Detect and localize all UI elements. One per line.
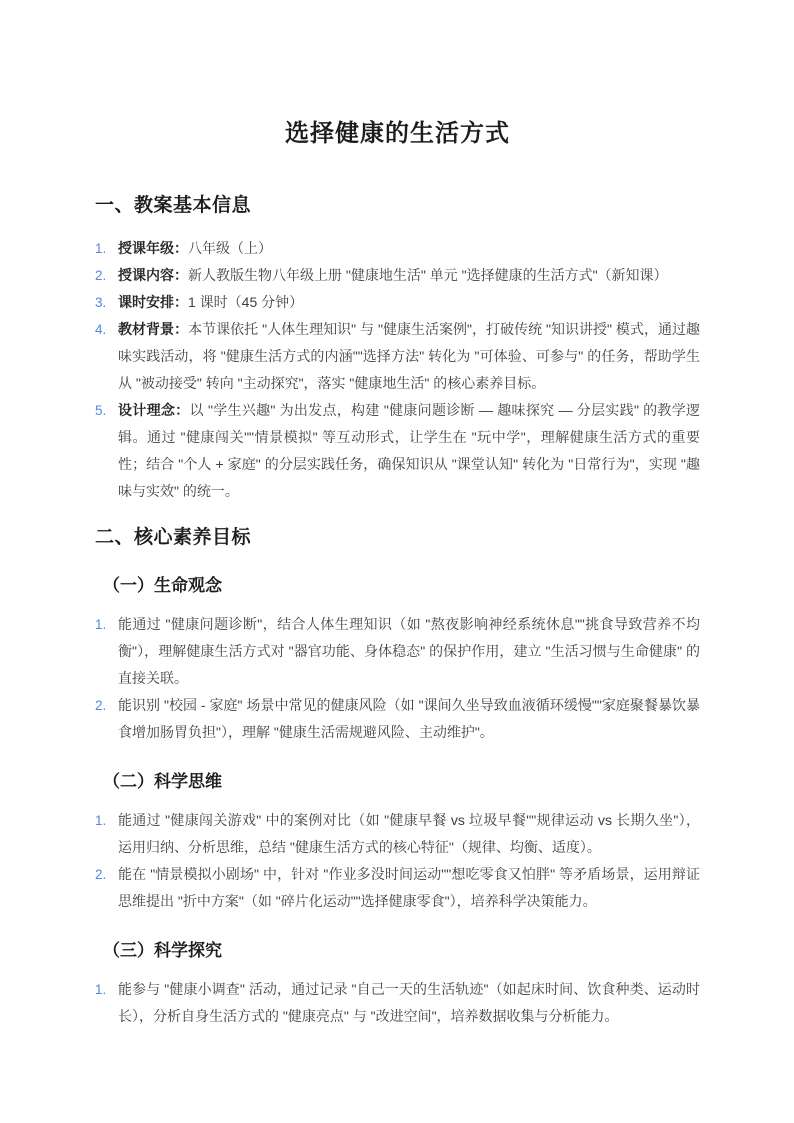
subsection-heading-scientific-thinking: （二）科学思维 bbox=[95, 770, 700, 794]
item-number: 2. bbox=[95, 861, 118, 888]
list-item: 1. 能参与 "健康小调查" 活动，通过记录 "自己一天的生活轨迹"（如起床时间… bbox=[95, 976, 700, 1030]
item-number: 3. bbox=[95, 289, 118, 316]
item-label: 授课年级： bbox=[118, 240, 188, 256]
list-item: 2. 授课内容：新人教版生物八年级上册 "健康地生活" 单元 "选择健康的生活方… bbox=[95, 262, 700, 289]
item-text: 1 课时（45 分钟） bbox=[188, 294, 303, 310]
item-number: 2. bbox=[95, 692, 118, 719]
item-number: 5. bbox=[95, 397, 118, 424]
item-number: 1. bbox=[95, 976, 118, 1003]
item-number: 2. bbox=[95, 262, 118, 289]
item-number: 1. bbox=[95, 611, 118, 638]
scientific-thinking-list: 1. 能通过 "健康闯关游戏" 中的案例对比（如 "健康早餐 vs 垃圾早餐""… bbox=[95, 807, 700, 915]
life-concepts-list: 1. 能通过 "健康问题诊断"，结合人体生理知识（如 "熬夜影响神经系统休息""… bbox=[95, 611, 700, 746]
item-text: 新人教版生物八年级上册 "健康地生活" 单元 "选择健康的生活方式"（新知课） bbox=[188, 267, 668, 283]
list-item: 1. 能通过 "健康问题诊断"，结合人体生理知识（如 "熬夜影响神经系统休息""… bbox=[95, 611, 700, 692]
subsection-heading-scientific-inquiry: （三）科学探究 bbox=[95, 939, 700, 963]
item-number: 1. bbox=[95, 235, 118, 262]
subsection-heading-life-concepts: （一）生命观念 bbox=[95, 574, 700, 598]
item-text: 能通过 "健康闯关游戏" 中的案例对比（如 "健康早餐 vs 垃圾早餐""规律运… bbox=[118, 807, 700, 861]
item-label: 授课内容： bbox=[118, 267, 188, 283]
list-item: 1. 能通过 "健康闯关游戏" 中的案例对比（如 "健康早餐 vs 垃圾早餐""… bbox=[95, 807, 700, 861]
item-text: 能在 "情景模拟小剧场" 中，针对 "作业多没时间运动""想吃零食又怕胖" 等矛… bbox=[118, 861, 700, 915]
item-number: 4. bbox=[95, 316, 118, 343]
scientific-inquiry-list: 1. 能参与 "健康小调查" 活动，通过记录 "自己一天的生活轨迹"（如起床时间… bbox=[95, 976, 700, 1030]
section-core-goals: 二、核心素养目标 （一）生命观念 1. 能通过 "健康问题诊断"，结合人体生理知… bbox=[95, 525, 700, 1030]
item-text: 能识别 "校园 - 家庭" 场景中常见的健康风险（如 "课间久坐导致血液循环缓慢… bbox=[118, 692, 700, 746]
list-item: 5. 设计理念：以 "学生兴趣" 为出发点，构建 "健康问题诊断 — 趣味探究 … bbox=[95, 397, 700, 505]
item-label: 教材背景： bbox=[118, 321, 188, 337]
list-item: 2. 能在 "情景模拟小剧场" 中，针对 "作业多没时间运动""想吃零食又怕胖"… bbox=[95, 861, 700, 915]
section2-heading: 二、核心素养目标 bbox=[95, 525, 700, 551]
item-text: 八年级（上） bbox=[188, 240, 272, 256]
item-text: 本节课依托 "人体生理知识" 与 "健康生活案例"，打破传统 "知识讲授" 模式… bbox=[118, 321, 700, 391]
item-text: 以 "学生兴趣" 为出发点，构建 "健康问题诊断 — 趣味探究 — 分层实践" … bbox=[118, 402, 700, 499]
item-text: 能通过 "健康问题诊断"，结合人体生理知识（如 "熬夜影响神经系统休息""挑食导… bbox=[118, 611, 700, 692]
basic-info-list: 1. 授课年级：八年级（上） 2. 授课内容：新人教版生物八年级上册 "健康地生… bbox=[95, 235, 700, 505]
list-item: 3. 课时安排：1 课时（45 分钟） bbox=[95, 289, 700, 316]
item-text: 能参与 "健康小调查" 活动，通过记录 "自己一天的生活轨迹"（如起床时间、饮食… bbox=[118, 976, 700, 1030]
doc-title: 选择健康的生活方式 bbox=[95, 118, 700, 149]
list-item: 1. 授课年级：八年级（上） bbox=[95, 235, 700, 262]
section-basic-info: 一、教案基本信息 1. 授课年级：八年级（上） 2. 授课内容：新人教版生物八年… bbox=[95, 193, 700, 505]
list-item: 4. 教材背景：本节课依托 "人体生理知识" 与 "健康生活案例"，打破传统 "… bbox=[95, 316, 700, 397]
item-label: 课时安排： bbox=[118, 294, 188, 310]
item-number: 1. bbox=[95, 807, 118, 834]
document-page: 选择健康的生活方式 一、教案基本信息 1. 授课年级：八年级（上） 2. 授课内… bbox=[0, 0, 794, 1123]
item-label: 设计理念： bbox=[118, 402, 189, 418]
section1-heading: 一、教案基本信息 bbox=[95, 193, 700, 219]
list-item: 2. 能识别 "校园 - 家庭" 场景中常见的健康风险（如 "课间久坐导致血液循… bbox=[95, 692, 700, 746]
